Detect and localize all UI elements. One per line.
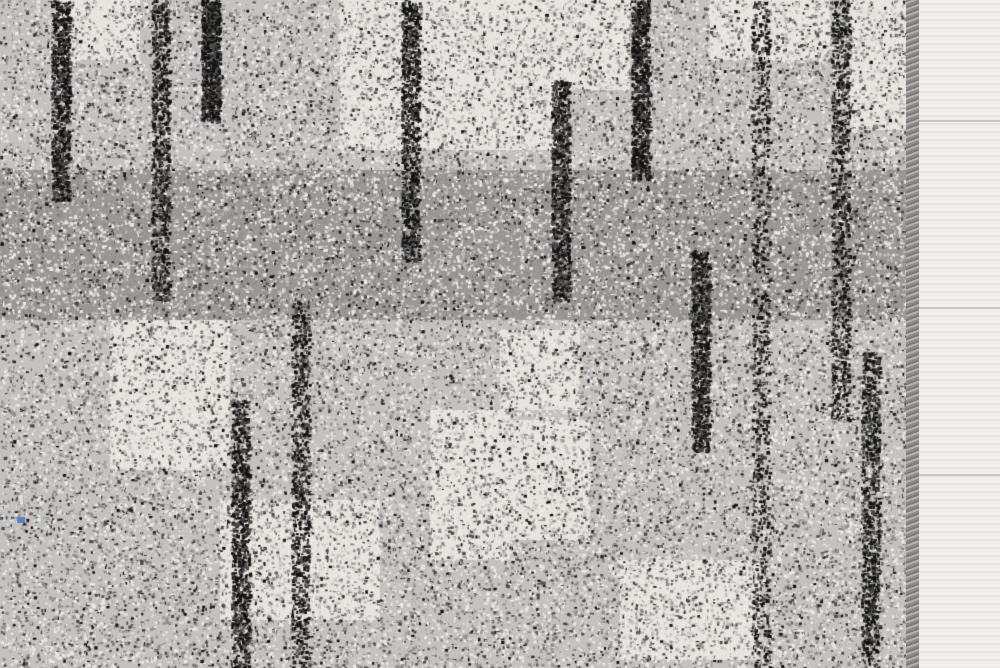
floor-seam (919, 307, 1000, 309)
rug-texture (0, 0, 917, 668)
floor-seam (919, 120, 1000, 122)
floor-seam (919, 474, 1000, 476)
rug-edge-binding (906, 0, 919, 668)
wood-floor (919, 0, 1000, 668)
area-rug (0, 0, 917, 668)
